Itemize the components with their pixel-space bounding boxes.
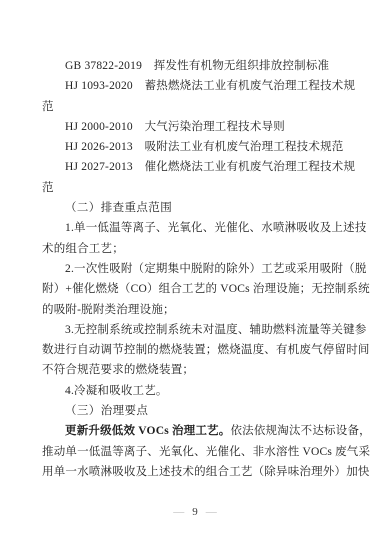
bold-lead-text: 更新升级低效 VOCs 治理工艺。 (65, 425, 230, 437)
section-heading-2: （二）排查重点范围 (42, 198, 358, 218)
page-footer: —9— (0, 503, 390, 521)
doc-line-item-2: 2.一次性吸附（定期集中脱附的除外）工艺或采用吸附（脱 (42, 259, 358, 279)
doc-line-continuation: 推动单一低温等离子、光氧化、光催化、非水溶性 VOCs 废气采 (42, 442, 358, 462)
doc-line-item-4: 4.冷凝和吸收工艺。 (42, 381, 358, 401)
doc-line-text: 范 (42, 101, 54, 113)
doc-line-text: 范 (42, 182, 54, 194)
doc-line-item-3: 3.无控制系统或控制系统未对温度、辅助燃料流量等关键参 (42, 320, 358, 340)
doc-line-continuation: 范 (42, 97, 358, 117)
section-heading-text: （二）排查重点范围 (65, 202, 172, 214)
section-heading-3: （三）治理要点 (42, 401, 358, 421)
document-page: GB 37822-2019 挥发性有机物无组织排放控制标准 HJ 1093-20… (0, 0, 390, 551)
doc-line-continuation: 附）+催化燃烧（CO）组合工艺的 VOCs 治理设施；无控制系统 (42, 279, 358, 299)
doc-line-text: HJ 2027-2013 催化燃烧法工业有机废气治理工程技术规 (65, 161, 355, 173)
page-number: 9 (192, 506, 198, 518)
doc-line-standard-ref: GB 37822-2019 挥发性有机物无组织排放控制标准 (42, 56, 358, 76)
doc-line-item-1: 1.单一低温等离子、光氧化、光催化、水喷淋吸收及上述技 (42, 218, 358, 238)
doc-line-text: HJ 2000-2010 大气污染治理工程技术导则 (65, 121, 285, 133)
doc-line-text: 术的组合工艺； (42, 243, 124, 255)
footer-dash-left: — (165, 506, 192, 518)
doc-line-text: 4.冷凝和吸收工艺。 (65, 385, 168, 397)
doc-line-text: 2.一次性吸附（定期集中脱附的除外）工艺或采用吸附（脱 (65, 263, 367, 275)
doc-line-standard-ref: HJ 2026-2013 吸附法工业有机废气治理工程技术规范 (42, 137, 358, 157)
doc-line-text: 不符合规范要求的燃烧装置； (42, 364, 194, 376)
doc-line-standard-ref: HJ 2000-2010 大气污染治理工程技术导则 (42, 117, 358, 137)
doc-line-continuation: 不符合规范要求的燃烧装置； (42, 360, 358, 380)
doc-line-text: 依法依规淘汰不达标设备， (230, 425, 370, 437)
doc-line-standard-ref: HJ 2027-2013 催化燃烧法工业有机废气治理工程技术规 (42, 157, 358, 177)
doc-line-continuation: 数进行自动调节控制的燃烧装置；燃烧温度、有机废气停留时间 (42, 340, 358, 360)
doc-line-continuation: 用单一水喷淋吸收及上述技术的组合工艺（除异味治理外）加快 (42, 462, 358, 482)
doc-line-text: 的吸附-脱附类治理设施； (42, 304, 175, 316)
doc-line-text: HJ 2026-2013 吸附法工业有机废气治理工程技术规范 (65, 141, 343, 153)
doc-line-text: 3.无控制系统或控制系统未对温度、辅助燃料流量等关键参 (65, 324, 367, 336)
doc-line-continuation: 的吸附-脱附类治理设施； (42, 300, 358, 320)
doc-line-standard-ref: HJ 1093-2020 蓄热燃烧法工业有机废气治理工程技术规 (42, 76, 358, 96)
doc-line-text: 1.单一低温等离子、光氧化、光催化、水喷淋吸收及上述技 (65, 222, 367, 234)
doc-line-continuation: 范 (42, 178, 358, 198)
section-heading-text: （三）治理要点 (65, 405, 148, 417)
doc-line-text: GB 37822-2019 挥发性有机物无组织排放控制标准 (65, 60, 329, 72)
doc-line-text: HJ 1093-2020 蓄热燃烧法工业有机废气治理工程技术规 (65, 80, 355, 92)
doc-line-text: 数进行自动调节控制的燃烧装置；燃烧温度、有机废气停留时间 (42, 344, 370, 356)
doc-line-continuation: 术的组合工艺； (42, 239, 358, 259)
doc-line-lead-sentence: 更新升级低效 VOCs 治理工艺。依法依规淘汰不达标设备， (42, 421, 358, 441)
doc-line-text: 用单一水喷淋吸收及上述技术的组合工艺（除异味治理外）加快 (42, 466, 370, 478)
doc-line-text: 推动单一低温等离子、光氧化、光催化、非水溶性 VOCs 废气采 (42, 446, 370, 458)
document-body: GB 37822-2019 挥发性有机物无组织排放控制标准 HJ 1093-20… (42, 56, 358, 482)
doc-line-text: 附）+催化燃烧（CO）组合工艺的 VOCs 治理设施；无控制系统 (42, 283, 370, 295)
footer-dash-right: — (198, 506, 225, 518)
